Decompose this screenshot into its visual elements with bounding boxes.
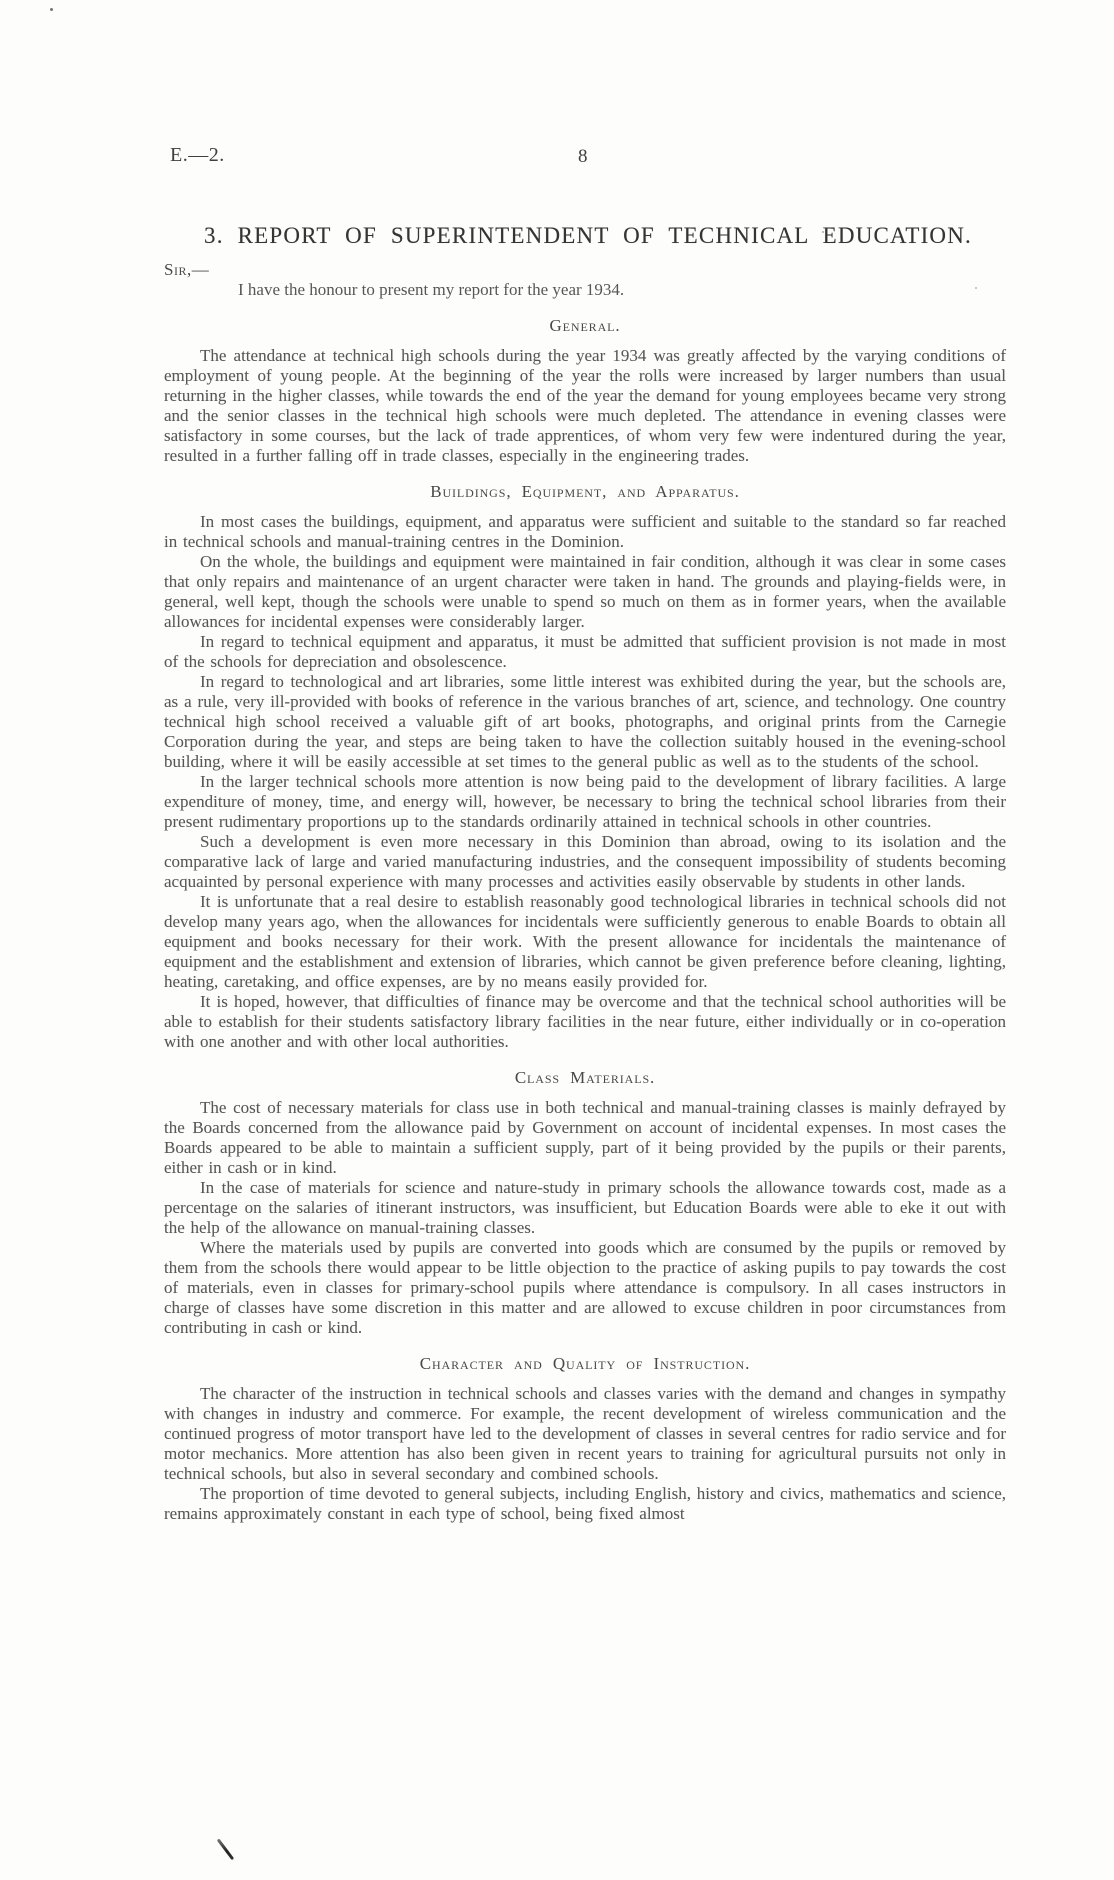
page-content: 3. REPORT OF SUPERINTENDENT OF TECHNICAL…	[164, 0, 1006, 1524]
paragraph: The proportion of time devoted to genera…	[164, 1484, 1006, 1524]
scan-speck	[50, 8, 53, 11]
section-heading-character-quality-instruction: Character and Quality of Instruction.	[164, 1354, 1006, 1374]
paragraph: It is hoped, however, that difficulties …	[164, 992, 1006, 1052]
paragraph: It is unfortunate that a real desire to …	[164, 892, 1006, 992]
scan-speck	[822, 231, 824, 233]
salutation: Sir,—	[164, 260, 1006, 280]
paragraph: Such a development is even more necessar…	[164, 832, 1006, 892]
paragraph: Where the materials used by pupils are c…	[164, 1238, 1006, 1338]
paragraph: In regard to technological and art libra…	[164, 672, 1006, 772]
paragraph: The attendance at technical high schools…	[164, 346, 1006, 466]
stray-pen-mark	[217, 1839, 234, 1860]
section-heading-general: General.	[164, 316, 1006, 336]
paragraph: The cost of necessary materials for clas…	[164, 1098, 1006, 1178]
section-heading-class-materials: Class Materials.	[164, 1068, 1006, 1088]
section-heading-buildings-equipment-apparatus: Buildings, Equipment, and Apparatus.	[164, 482, 1006, 502]
paragraph: On the whole, the buildings and equipmen…	[164, 552, 1006, 632]
intro-line: I have the honour to present my report f…	[164, 280, 1006, 300]
paragraph: In the larger technical schools more att…	[164, 772, 1006, 832]
paragraph: The character of the instruction in tech…	[164, 1384, 1006, 1484]
report-title: 3. REPORT OF SUPERINTENDENT OF TECHNICAL…	[170, 223, 1006, 249]
document-page: E.—2. 8 3. REPORT OF SUPERINTENDENT OF T…	[0, 0, 1114, 1880]
paragraph: In most cases the buildings, equipment, …	[164, 512, 1006, 552]
scan-speck	[975, 287, 977, 289]
paragraph: In the case of materials for science and…	[164, 1178, 1006, 1238]
paragraph: In regard to technical equipment and app…	[164, 632, 1006, 672]
